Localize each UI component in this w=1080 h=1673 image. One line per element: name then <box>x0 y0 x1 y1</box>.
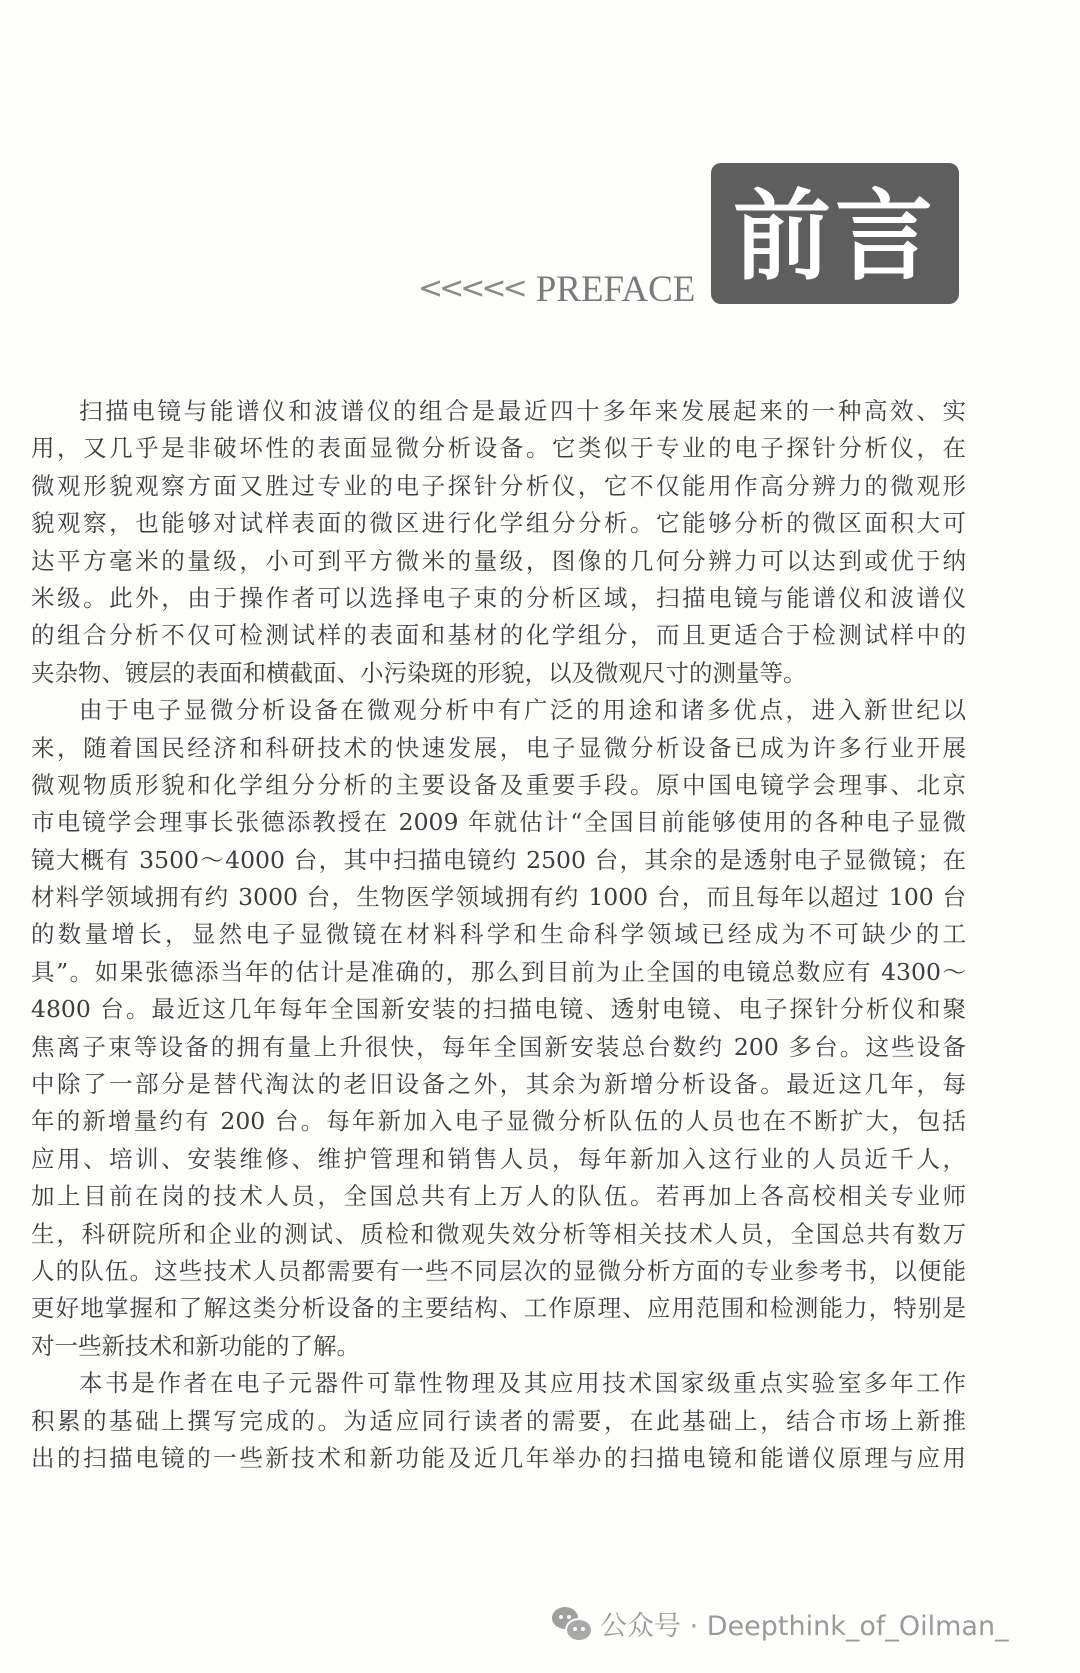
wechat-icon <box>552 1607 592 1641</box>
text-line: 具”。如果张德添当年的估计是准确的，那么到目前为止全国的电镜总数应有 4300～ <box>31 954 966 991</box>
text-line: 貌观察，也能够对试样表面的微区进行化学组分分析。它能够分析的微区面积大可 <box>31 505 966 542</box>
text-line: 本书是作者在电子元器件可靠性物理及其应用技术国家级重点实验室多年工作 <box>31 1365 966 1402</box>
text-line: 市电镜学会理事长张德添教授在 2009 年就估计“全国目前能够使用的各种电子显微 <box>31 804 966 841</box>
paragraph-2: 由于电子显微分析设备在微观分析中有广泛的用途和诸多优点，进入新世纪以 来，随着国… <box>31 692 966 1365</box>
text-line: 的数量增长，显然电子显微镜在材料科学和生命科学领域已经成为不可缺少的工 <box>31 916 966 953</box>
preface-body: 扫描电镜与能谱仪和波谱仪的组合是最近四十多年来发展起来的一种高效、实 用，又几乎… <box>31 393 966 1477</box>
preface-subtitle: <<<<<PREFACE <box>418 268 695 311</box>
paragraph-3: 本书是作者在电子元器件可靠性物理及其应用技术国家级重点实验室多年工作 积累的基础… <box>31 1365 966 1477</box>
chevrons-decoration: <<<<< <box>418 271 524 306</box>
text-line: 来，随着国民经济和科研技术的快速发展，电子显微分析设备已成为许多行业开展 <box>31 730 966 767</box>
text-line: 镜大概有 3500～4000 台，其中扫描电镜约 2500 台，其余的是透射电子… <box>31 842 966 879</box>
text-line: 夹杂物、镀层的表面和横截面、小污染斑的形貌，以及微观尺寸的测量等。 <box>31 655 966 692</box>
text-line: 米级。此外，由于操作者可以选择电子束的分析区域，扫描电镜与能谱仪和波谱仪 <box>31 580 966 617</box>
text-line: 生，科研院所和企业的测试、质检和微观失效分析等相关技术人员，全国总共有数万 <box>31 1216 966 1253</box>
text-line: 人的队伍。这些技术人员都需要有一些不同层次的显微分析方面的专业参考书，以便能 <box>31 1253 966 1290</box>
text-line: 加上目前在岗的技术人员，全国总共有上万人的队伍。若再加上各高校相关专业师 <box>31 1178 966 1215</box>
watermark-label: 公众号 · Deepthink_of_Oilman_ <box>600 1604 1009 1643</box>
text-line: 4800 台。最近这几年每年全国新安装的扫描电镜、透射电镜、电子探针分析仪和聚 <box>31 991 966 1028</box>
text-line: 出的扫描电镜的一些新技术和新功能及近几年举办的扫描电镜和能谱仪原理与应用 <box>31 1440 966 1477</box>
page-title: 前言 <box>733 188 937 286</box>
text-line: 积累的基础上撰写完成的。为适应同行读者的需要，在此基础上，结合市场上新推 <box>31 1403 966 1440</box>
text-line: 对一些新技术和新功能的了解。 <box>31 1328 966 1365</box>
preface-label: PREFACE <box>536 269 696 310</box>
book-page: <<<<<PREFACE 前言 扫描电镜与能谱仪和波谱仪的组合是最近四十多年来发… <box>0 0 1080 1673</box>
text-line: 扫描电镜与能谱仪和波谱仪的组合是最近四十多年来发展起来的一种高效、实 <box>31 393 966 430</box>
text-line: 应用、培训、安装维修、维护管理和销售人员，每年新加入这行业的人员近千人， <box>31 1141 966 1178</box>
text-line: 焦离子束等设备的拥有量上升很快，每年全国新安装总台数约 200 多台。这些设备 <box>31 1029 966 1066</box>
text-line: 中除了一部分是替代淘汰的老旧设备之外，其余为新增分析设备。最近这几年，每 <box>31 1066 966 1103</box>
text-line: 微观形貌观察方面又胜过专业的电子探针分析仪，它不仅能用作高分辨力的微观形 <box>31 468 966 505</box>
text-line: 由于电子显微分析设备在微观分析中有广泛的用途和诸多优点，进入新世纪以 <box>31 692 966 729</box>
title-badge: 前言 <box>711 163 959 304</box>
text-line: 用，又几乎是非破坏性的表面显微分析设备。它类似于专业的电子探针分析仪，在 <box>31 430 966 467</box>
text-line: 年的新增量约有 200 台。每年新加入电子显微分析队伍的人员也在不断扩大，包括 <box>31 1103 966 1140</box>
text-line: 微观物质形貌和化学组分分析的主要设备及重要手段。原中国电镜学会理事、北京 <box>31 767 966 804</box>
paragraph-1: 扫描电镜与能谱仪和波谱仪的组合是最近四十多年来发展起来的一种高效、实 用，又几乎… <box>31 393 966 692</box>
text-line: 材料学领域拥有约 3000 台，生物医学领域拥有约 1000 台，而且每年以超过… <box>31 879 966 916</box>
text-line: 达平方毫米的量级，小可到平方微米的量级，图像的几何分辨力可以达到或优于纳 <box>31 543 966 580</box>
watermark: 公众号 · Deepthink_of_Oilman_ <box>552 1604 1009 1643</box>
text-line: 更好地掌握和了解这类分析设备的主要结构、工作原理、应用范围和检测能力，特别是 <box>31 1290 966 1327</box>
text-line: 的组合分析不仅可检测试样的表面和基材的化学组分，而且更适合于检测试样中的 <box>31 617 966 654</box>
